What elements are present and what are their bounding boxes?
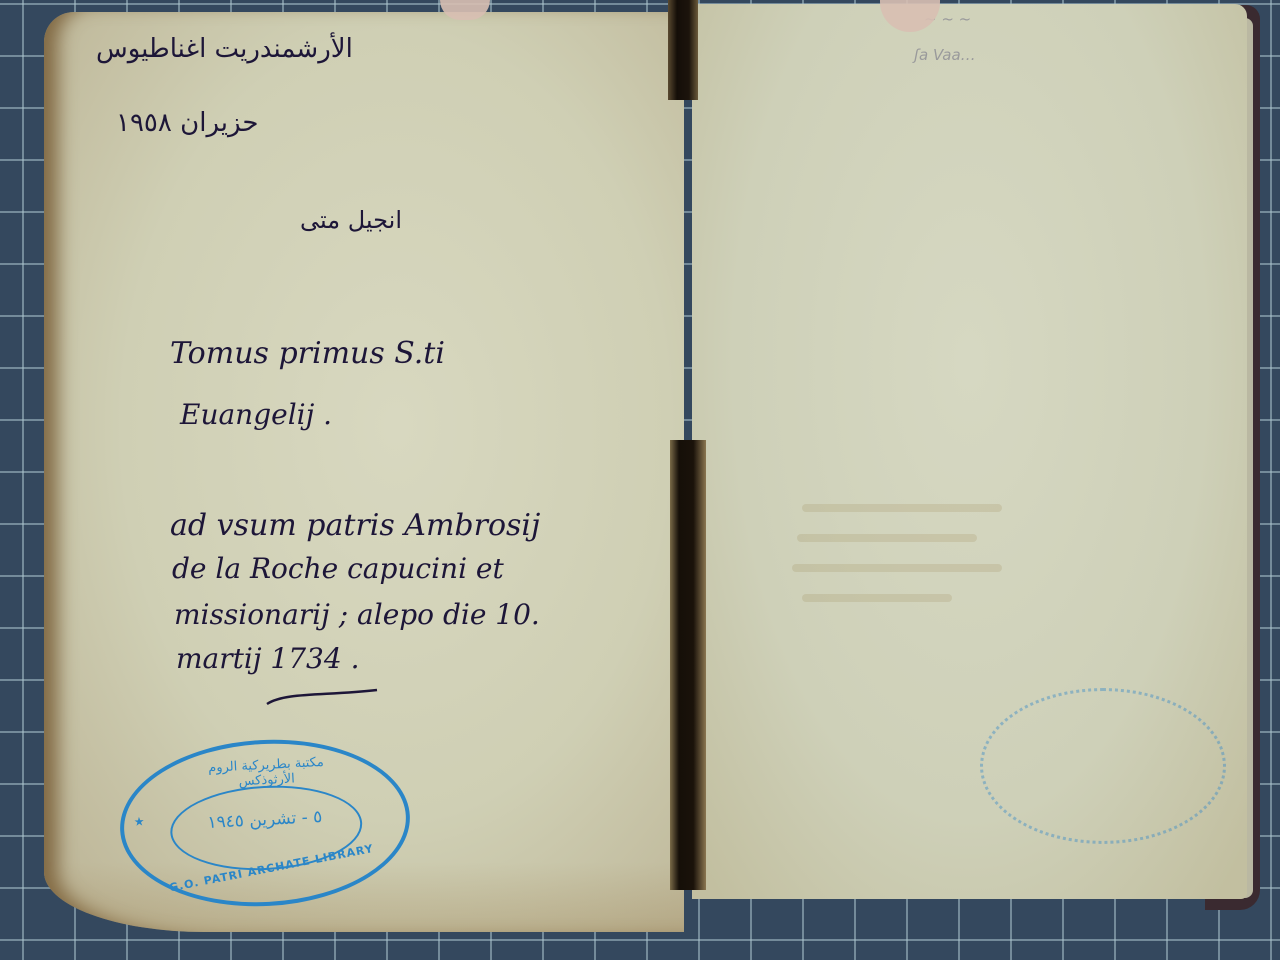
bleed-through-line: [802, 594, 952, 602]
spine-top: [668, 0, 698, 100]
inscription-line-2: de la Roche capucini et: [172, 552, 504, 585]
latin-title-line-1: Tomus primus S.ti: [170, 336, 445, 371]
arabic-date-line: حزيران ١٩٥٨: [116, 108, 258, 138]
bleed-through-line: [797, 534, 977, 542]
star-icon: ★: [133, 814, 144, 829]
inscription-line-4: martij 1734 .: [176, 642, 359, 675]
latin-title-line-2: Euangelij .: [180, 398, 332, 431]
pencil-note-2: ʃa Vaa…: [914, 46, 976, 64]
bleed-through-line: [802, 504, 1002, 512]
faded-library-stamp: [980, 688, 1226, 844]
flourish-underline: [265, 688, 380, 706]
stamp-arabic-text: مكتبة بطريركية الروم الأرثوذكس: [181, 753, 352, 792]
inscription-line-3: missionarij ; alepo die 10.: [174, 598, 540, 631]
arabic-owner-line: الأرشمندريت اغناطيوس: [96, 34, 353, 64]
bleed-through-line: [792, 564, 1002, 572]
spine-bottom: [670, 440, 706, 890]
open-manuscript: ~ ~ ~ ʃa Vaa… الأرشمندريت اغناطيوس حزيرا…: [0, 0, 1280, 960]
inscription-line-1: ad vsum patris Ambrosij: [170, 508, 540, 543]
arabic-title: انجيل متى: [300, 206, 402, 234]
